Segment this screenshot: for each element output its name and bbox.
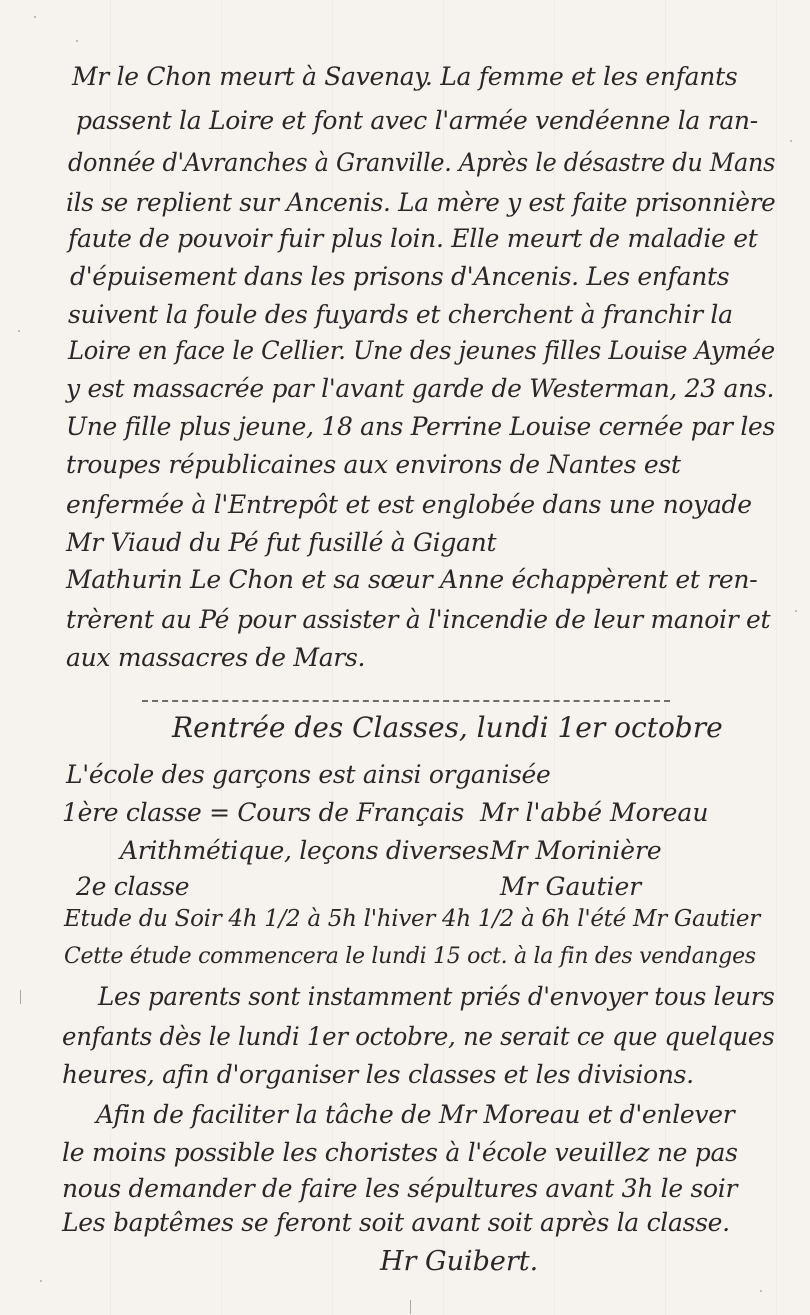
text-line: Une fille plus jeune, 18 ans Perrine Lou… [66,414,775,439]
text-line: ils se replient sur Ancenis. La mère y e… [66,190,776,215]
class-label: 1ère classe = Cours de Français [62,800,464,825]
paragraph-line: enfants dès le lundi 1er octobre, ne ser… [62,1024,774,1049]
text-line: donnée d'Avranches à Granville. Après le… [68,150,775,175]
text-line: Mathurin Le Chon et sa sœur Anne échappè… [66,567,757,592]
text-line: y est massacrée par l'avant garde de Wes… [66,376,774,401]
paragraph-line: le moins possible les choristes à l'écol… [62,1140,738,1165]
text-line: suivent la foule des fuyards et cherchen… [68,302,733,327]
text-line: Mr Viaud du Pé fut fusillé à Gigant [66,530,496,555]
section-title: Rentrée des Classes, lundi 1er octobre [172,714,723,742]
etude-line: Etude du Soir 4h 1/2 à 5h l'hiver 4h 1/2… [64,908,760,931]
class-label: Arithmétique, leçons diverses [120,838,489,863]
etude-note: Cette étude commencera le lundi 15 oct. … [64,946,756,968]
paragraph-line: Les parents sont instamment priés d'envo… [98,984,775,1009]
scan-speck [760,1290,762,1292]
scan-speck [76,40,78,42]
text-line: trèrent au Pé pour assister à l'incendie… [66,607,770,632]
scan-speck [790,140,792,142]
text-line: enfermée à l'Entrepôt et est englobée da… [66,492,752,517]
paragraph-line: nous demander de faire les sépultures av… [62,1176,737,1201]
class-teacher: Mr Gautier [500,874,641,899]
class-label: 2e classe [76,874,189,899]
class-teacher: Mr Morinière [490,838,662,863]
paragraph-line: heures, afin d'organiser les classes et … [62,1062,694,1087]
section-divider [142,700,670,702]
paragraph-line: Les baptêmes se feront soit avant soit a… [62,1210,730,1235]
text-line: aux massacres de Mars. [66,645,365,670]
text-line: passent la Loire et font avec l'armée ve… [76,108,758,133]
margin-mark [410,1300,411,1314]
scan-speck [40,1280,42,1282]
signature: Hr Guibert. [380,1248,538,1275]
margin-mark [20,990,21,1004]
intro-line: L'école des garçons est ainsi organisée [66,762,551,787]
scan-speck [34,16,36,18]
text-line: d'épuisement dans les prisons d'Ancenis.… [70,264,729,289]
scan-speck [18,330,20,332]
scanned-page: Mr le Chon meurt à Savenay. La femme et … [0,0,810,1315]
text-line: faute de pouvoir fuir plus loin. Elle me… [68,226,757,251]
class-teacher: Mr l'abbé Moreau [480,800,708,825]
text-line: Loire en face le Cellier. Une des jeunes… [68,338,775,363]
paragraph-line: Afin de faciliter la tâche de Mr Moreau … [96,1102,734,1127]
text-line: Mr le Chon meurt à Savenay. La femme et … [72,64,737,89]
text-line: troupes républicaines aux environs de Na… [66,452,681,477]
scan-speck [795,610,797,612]
